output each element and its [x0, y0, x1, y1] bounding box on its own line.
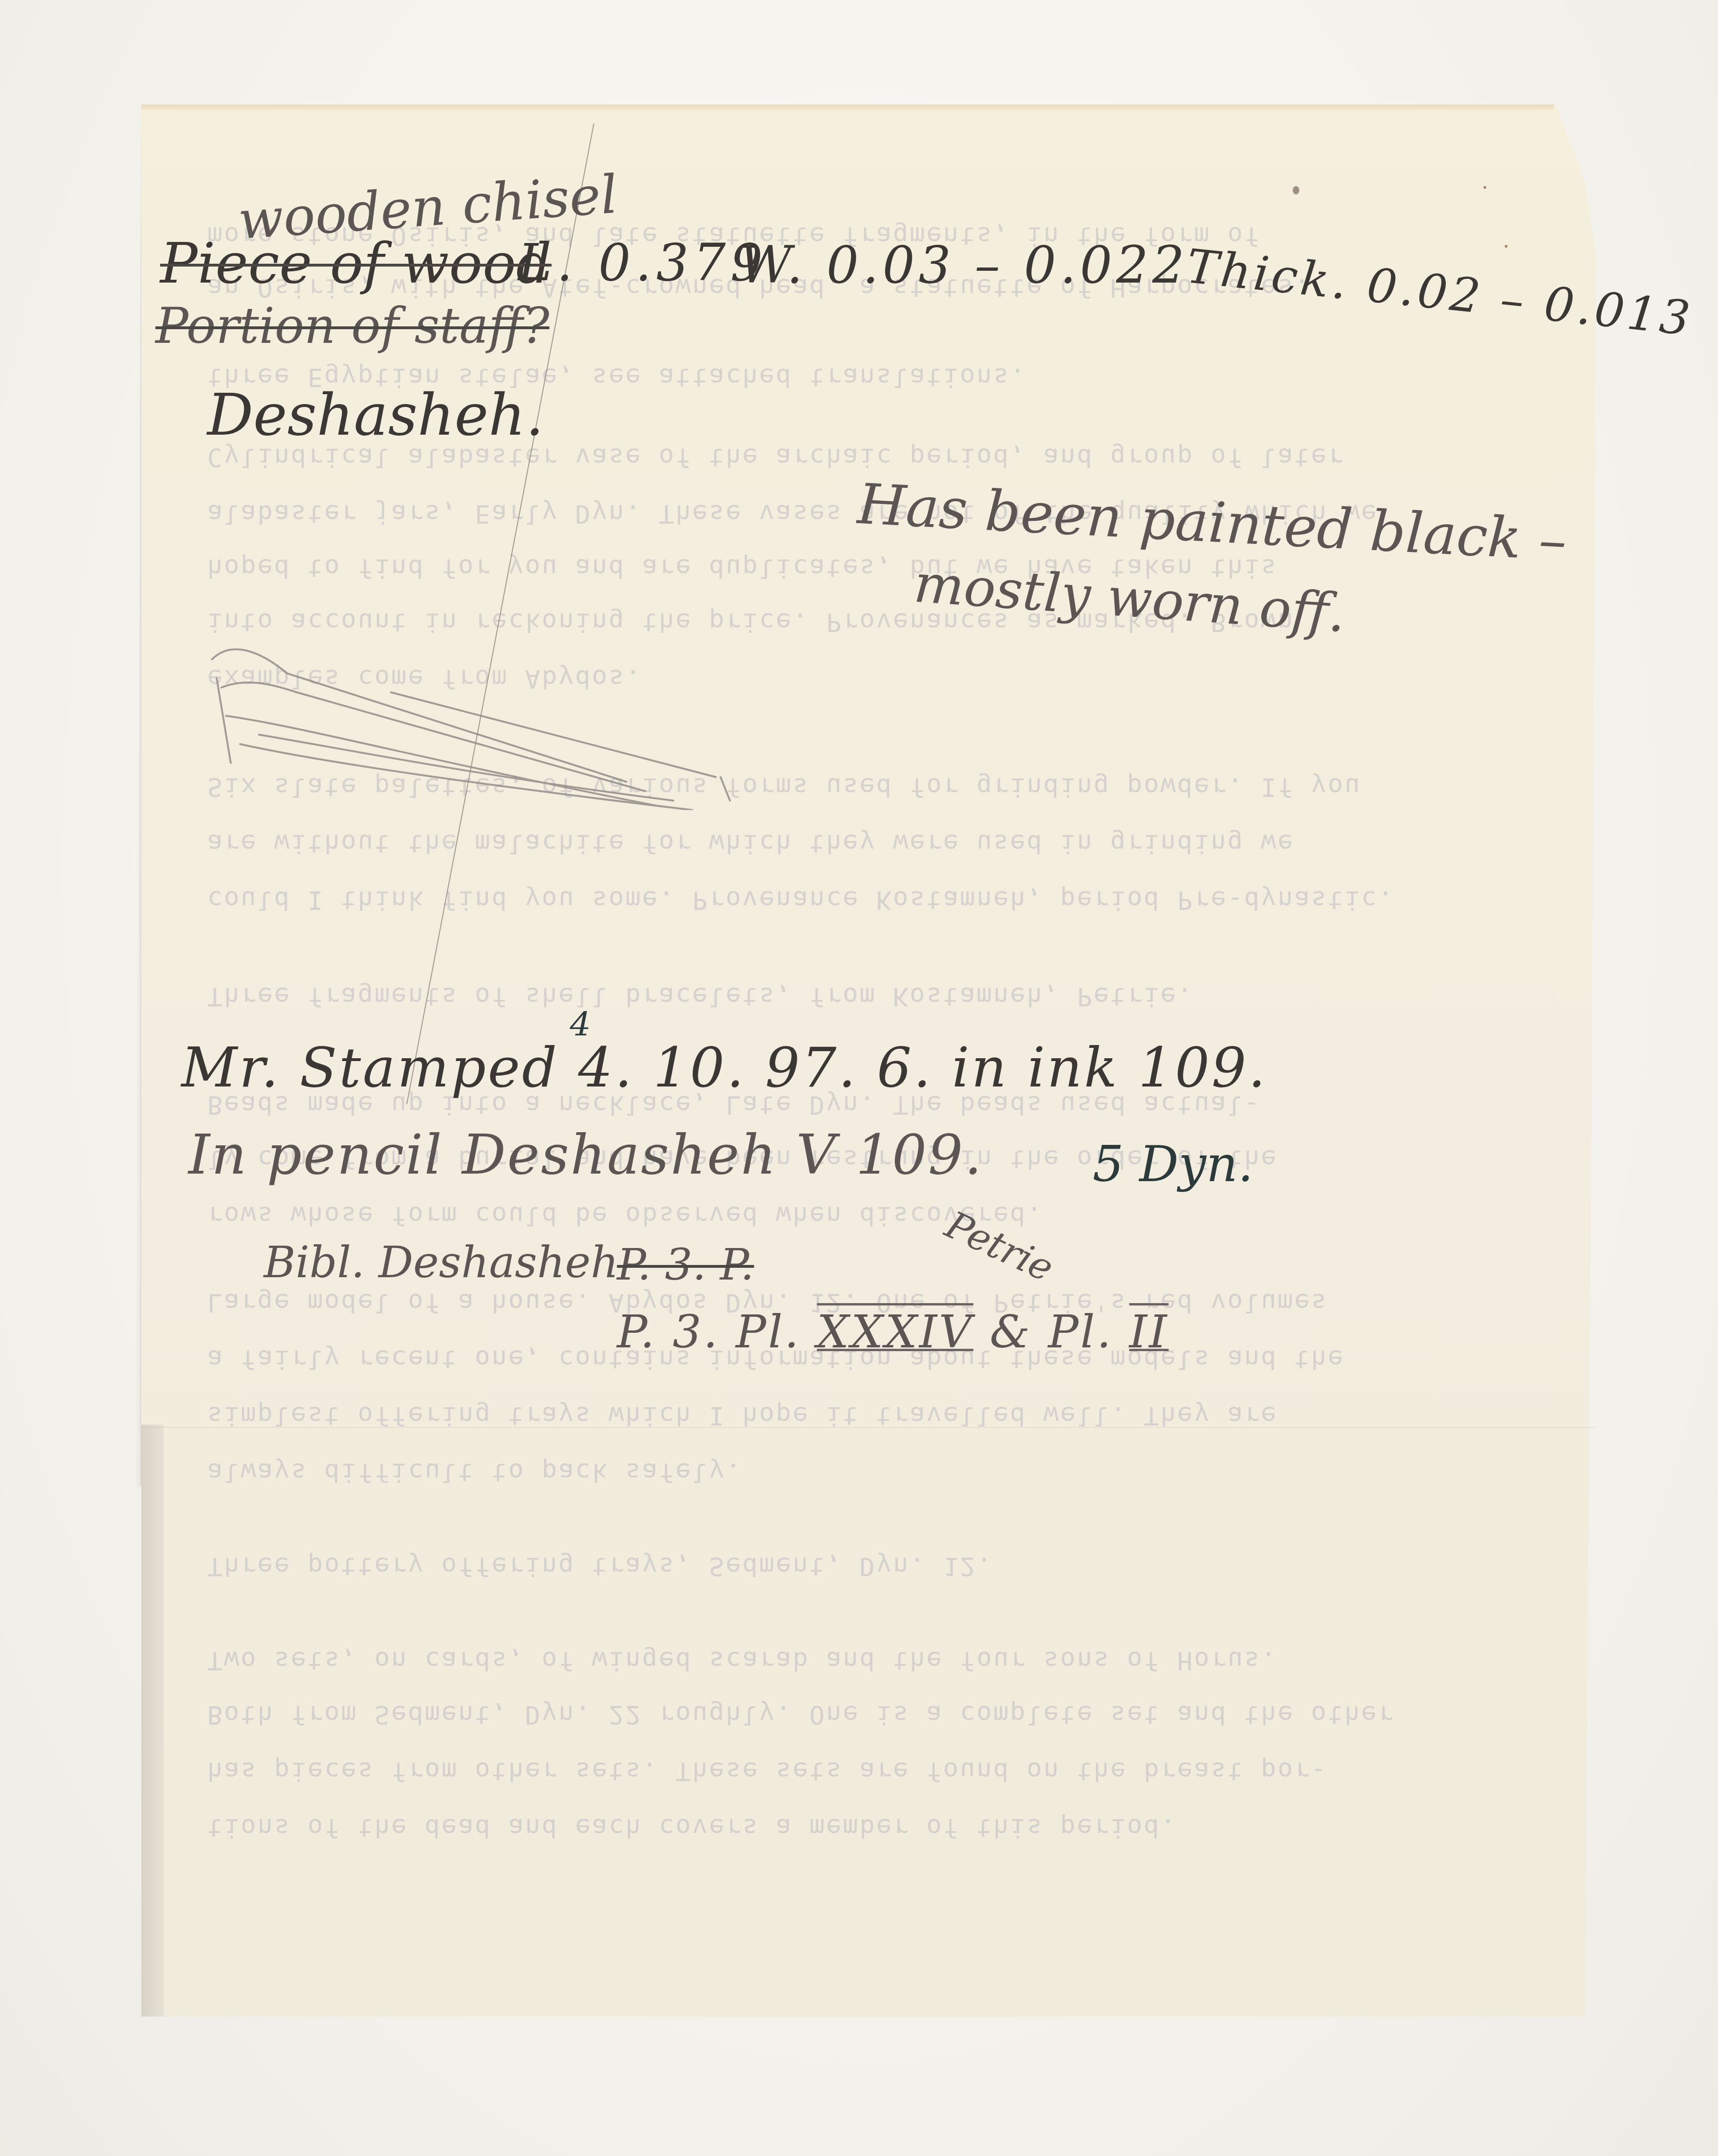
pin-hole: [1293, 186, 1299, 195]
typed-line: tions of the dead and each covers a memb…: [207, 1813, 1596, 1843]
typed-line: rows whose form could be observed when d…: [207, 1201, 1596, 1231]
annotation-marking: Mr. Stamped 4. 10. 97. 6. in ink 109.: [181, 1041, 1267, 1095]
typed-line: has pieces from other sets. These sets a…: [207, 1757, 1596, 1786]
annotation-pencil-mark: In pencil Deshasheh V 109.: [188, 1128, 983, 1183]
annotation-plates: P. 3. Pl. XXXIV & Pl. II: [617, 1309, 1169, 1354]
annotation-length: L. 0.379: [518, 238, 768, 289]
annotation-width: W. 0.03 – 0.022: [739, 240, 1188, 291]
annotation-site: Deshasheh.: [207, 386, 544, 444]
typed-line: Both from Sedment, Dyn. 22 roughly. One …: [207, 1700, 1596, 1730]
plates-and: & Pl.: [989, 1305, 1113, 1358]
paper-speck: [1483, 186, 1486, 189]
typed-line: Three fragments of shell bracelets, from…: [207, 982, 1596, 1012]
plate-ii: II: [1129, 1305, 1169, 1358]
plate-xxxiv: XXXIV: [817, 1305, 973, 1358]
chisel-sketch-icon: [203, 622, 815, 810]
typed-line: always difficult to pack safely.: [207, 1458, 1596, 1487]
typed-line: Three pottery offering trays, Sedment, D…: [207, 1552, 1596, 1581]
paper-left-fold-strip: [141, 1425, 164, 2017]
typed-line: could I think find you some. Provenance …: [207, 885, 1596, 915]
typed-line: are without the malachite for which they…: [207, 829, 1596, 859]
annotation-struck-name-2: Portion of staff?: [155, 301, 550, 350]
annotation-dynasty: 5 Dyn.: [1093, 1140, 1253, 1189]
typed-line: simplest offering trays which I hope it …: [207, 1401, 1596, 1431]
typed-line: Two sets, on cards, of winged scarab and…: [207, 1646, 1596, 1676]
annotation-bibliography: Bibl. Deshasheh: [264, 1241, 619, 1284]
annotation-struck-name-1: Piece of wood: [160, 235, 551, 291]
paper-top-edge-stain: [141, 105, 1554, 111]
plates-prefix: P. 3. Pl.: [617, 1305, 801, 1358]
annotation-bibliography-struck: P. 3. P.: [617, 1243, 754, 1287]
paper-speck: [1505, 245, 1507, 248]
